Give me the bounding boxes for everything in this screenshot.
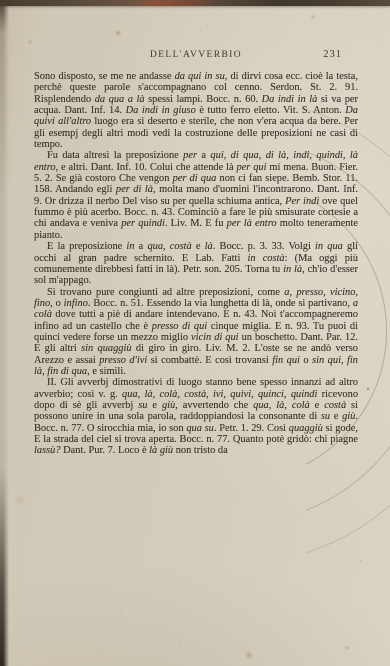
paragraph: Sono disposto, se me ne andasse da qui i… (34, 71, 358, 150)
paragraph: Fu data altresì la preposizione per a qu… (34, 150, 358, 241)
page-text: Sono disposto, se me ne andasse da qui i… (34, 71, 358, 457)
paragraph: Si trovano pure congiunti ad altre prepo… (34, 287, 358, 378)
paragraph: II. Gli avverbj dimostrativi di luogo st… (34, 377, 358, 456)
page-left-edge-shadow (0, 0, 9, 666)
scan-top-edge (0, 0, 390, 6)
running-title: DELL'AVVERBIO (34, 50, 358, 60)
page-header: DELL'AVVERBIO 231 (34, 50, 358, 63)
paragraph: E la preposizione in a qua, costà e là. … (34, 241, 358, 286)
page-content: DELL'AVVERBIO 231 Sono disposto, se me n… (34, 50, 358, 457)
book-page-scan: DELL'AVVERBIO 231 Sono disposto, se me n… (0, 0, 390, 666)
page-number: 231 (323, 49, 342, 60)
